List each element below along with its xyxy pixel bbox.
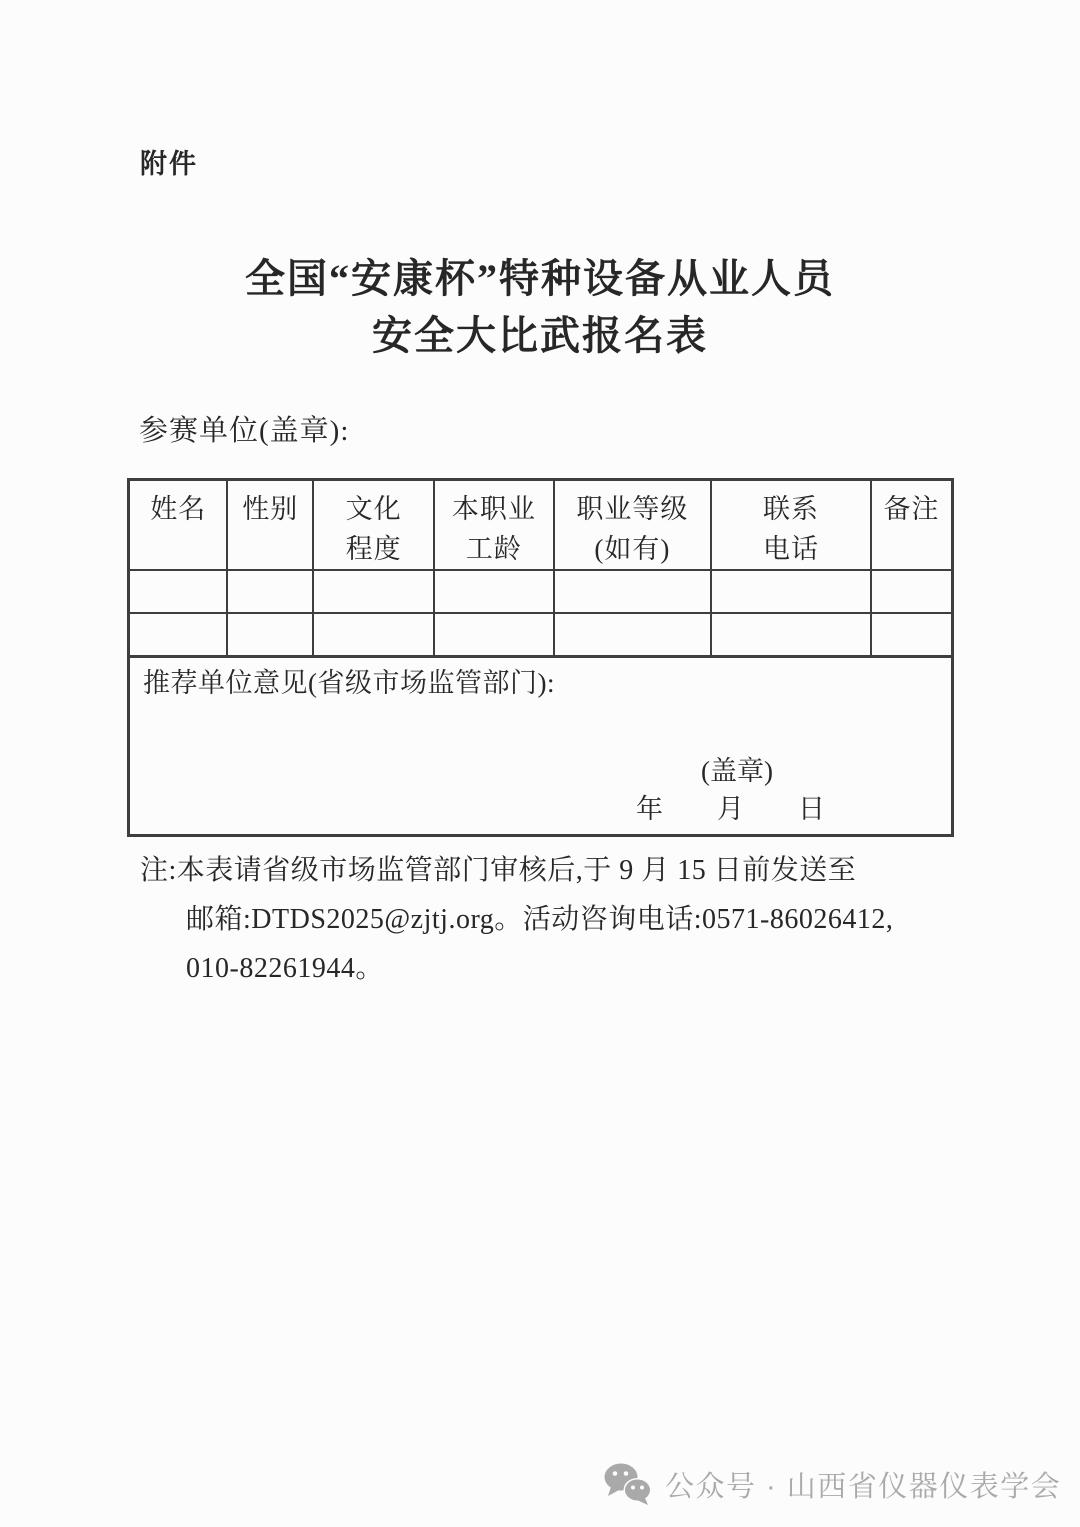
registration-table: 姓名 性别 文化 程度 本职业 工龄 职业等级 (如有) 联系 电话 备注 bbox=[127, 478, 954, 837]
col-header-grade: 职业等级 (如有) bbox=[554, 480, 711, 571]
footnote-line3: 010-82261944。 bbox=[186, 944, 955, 993]
opinion-cell: 推荐单位意见(省级市场监管部门): (盖章) 年 月 日 bbox=[129, 656, 953, 835]
table-cell bbox=[434, 613, 553, 656]
table-cell bbox=[129, 613, 228, 656]
table-cell bbox=[313, 570, 434, 613]
document-title-line1: 全国“安康杯”特种设备从业人员 bbox=[0, 250, 1080, 307]
footnote: 注:本表请省级市场监管部门审核后,于 9 月 15 日前发送至 邮箱:DTDS2… bbox=[140, 846, 955, 993]
table-cell bbox=[711, 570, 871, 613]
table-cell bbox=[227, 613, 313, 656]
attachment-label: 附件 bbox=[140, 142, 198, 181]
table-cell bbox=[871, 613, 953, 656]
wechat-icon bbox=[602, 1462, 654, 1506]
col-header-gender: 性别 bbox=[227, 480, 313, 571]
table-row bbox=[129, 613, 953, 656]
footnote-line1: 注:本表请省级市场监管部门审核后,于 9 月 15 日前发送至 bbox=[140, 846, 955, 895]
date-placeholder: 年 月 日 bbox=[143, 792, 941, 826]
seal-placeholder: (盖章) bbox=[143, 754, 941, 788]
table-cell bbox=[554, 613, 711, 656]
wechat-watermark: 公众号 · 山西省仪器仪表学会 bbox=[602, 1462, 1061, 1506]
table-cell bbox=[313, 613, 434, 656]
col-header-name: 姓名 bbox=[129, 480, 228, 571]
table-cell bbox=[554, 570, 711, 613]
document-page: 附件 全国“安康杯”特种设备从业人员 安全大比武报名表 参赛单位(盖章): 姓名… bbox=[0, 0, 1080, 1527]
table-cell bbox=[129, 570, 228, 613]
table-cell bbox=[227, 570, 313, 613]
table-cell bbox=[871, 570, 953, 613]
table-row bbox=[129, 570, 953, 613]
table-header-row: 姓名 性别 文化 程度 本职业 工龄 职业等级 (如有) 联系 电话 备注 bbox=[129, 480, 953, 571]
recommending-unit-opinion-label: 推荐单位意见(省级市场监管部门): bbox=[143, 665, 941, 702]
document-title: 全国“安康杯”特种设备从业人员 安全大比武报名表 bbox=[0, 250, 1080, 364]
col-header-phone: 联系 电话 bbox=[711, 480, 871, 571]
document-title-line2: 安全大比武报名表 bbox=[0, 307, 1080, 364]
participating-unit-label: 参赛单位(盖章): bbox=[139, 408, 349, 449]
table-cell bbox=[434, 570, 553, 613]
footnote-line2: 邮箱:DTDS2025@zjtj.org。活动咨询电话:0571-8602641… bbox=[186, 895, 955, 944]
table-cell bbox=[711, 613, 871, 656]
col-header-remark: 备注 bbox=[871, 480, 953, 571]
col-header-seniority: 本职业 工龄 bbox=[434, 480, 553, 571]
wechat-account-label: 公众号 · 山西省仪器仪表学会 bbox=[665, 1464, 1061, 1505]
opinion-row: 推荐单位意见(省级市场监管部门): (盖章) 年 月 日 bbox=[129, 656, 953, 835]
col-header-education: 文化 程度 bbox=[313, 480, 434, 571]
